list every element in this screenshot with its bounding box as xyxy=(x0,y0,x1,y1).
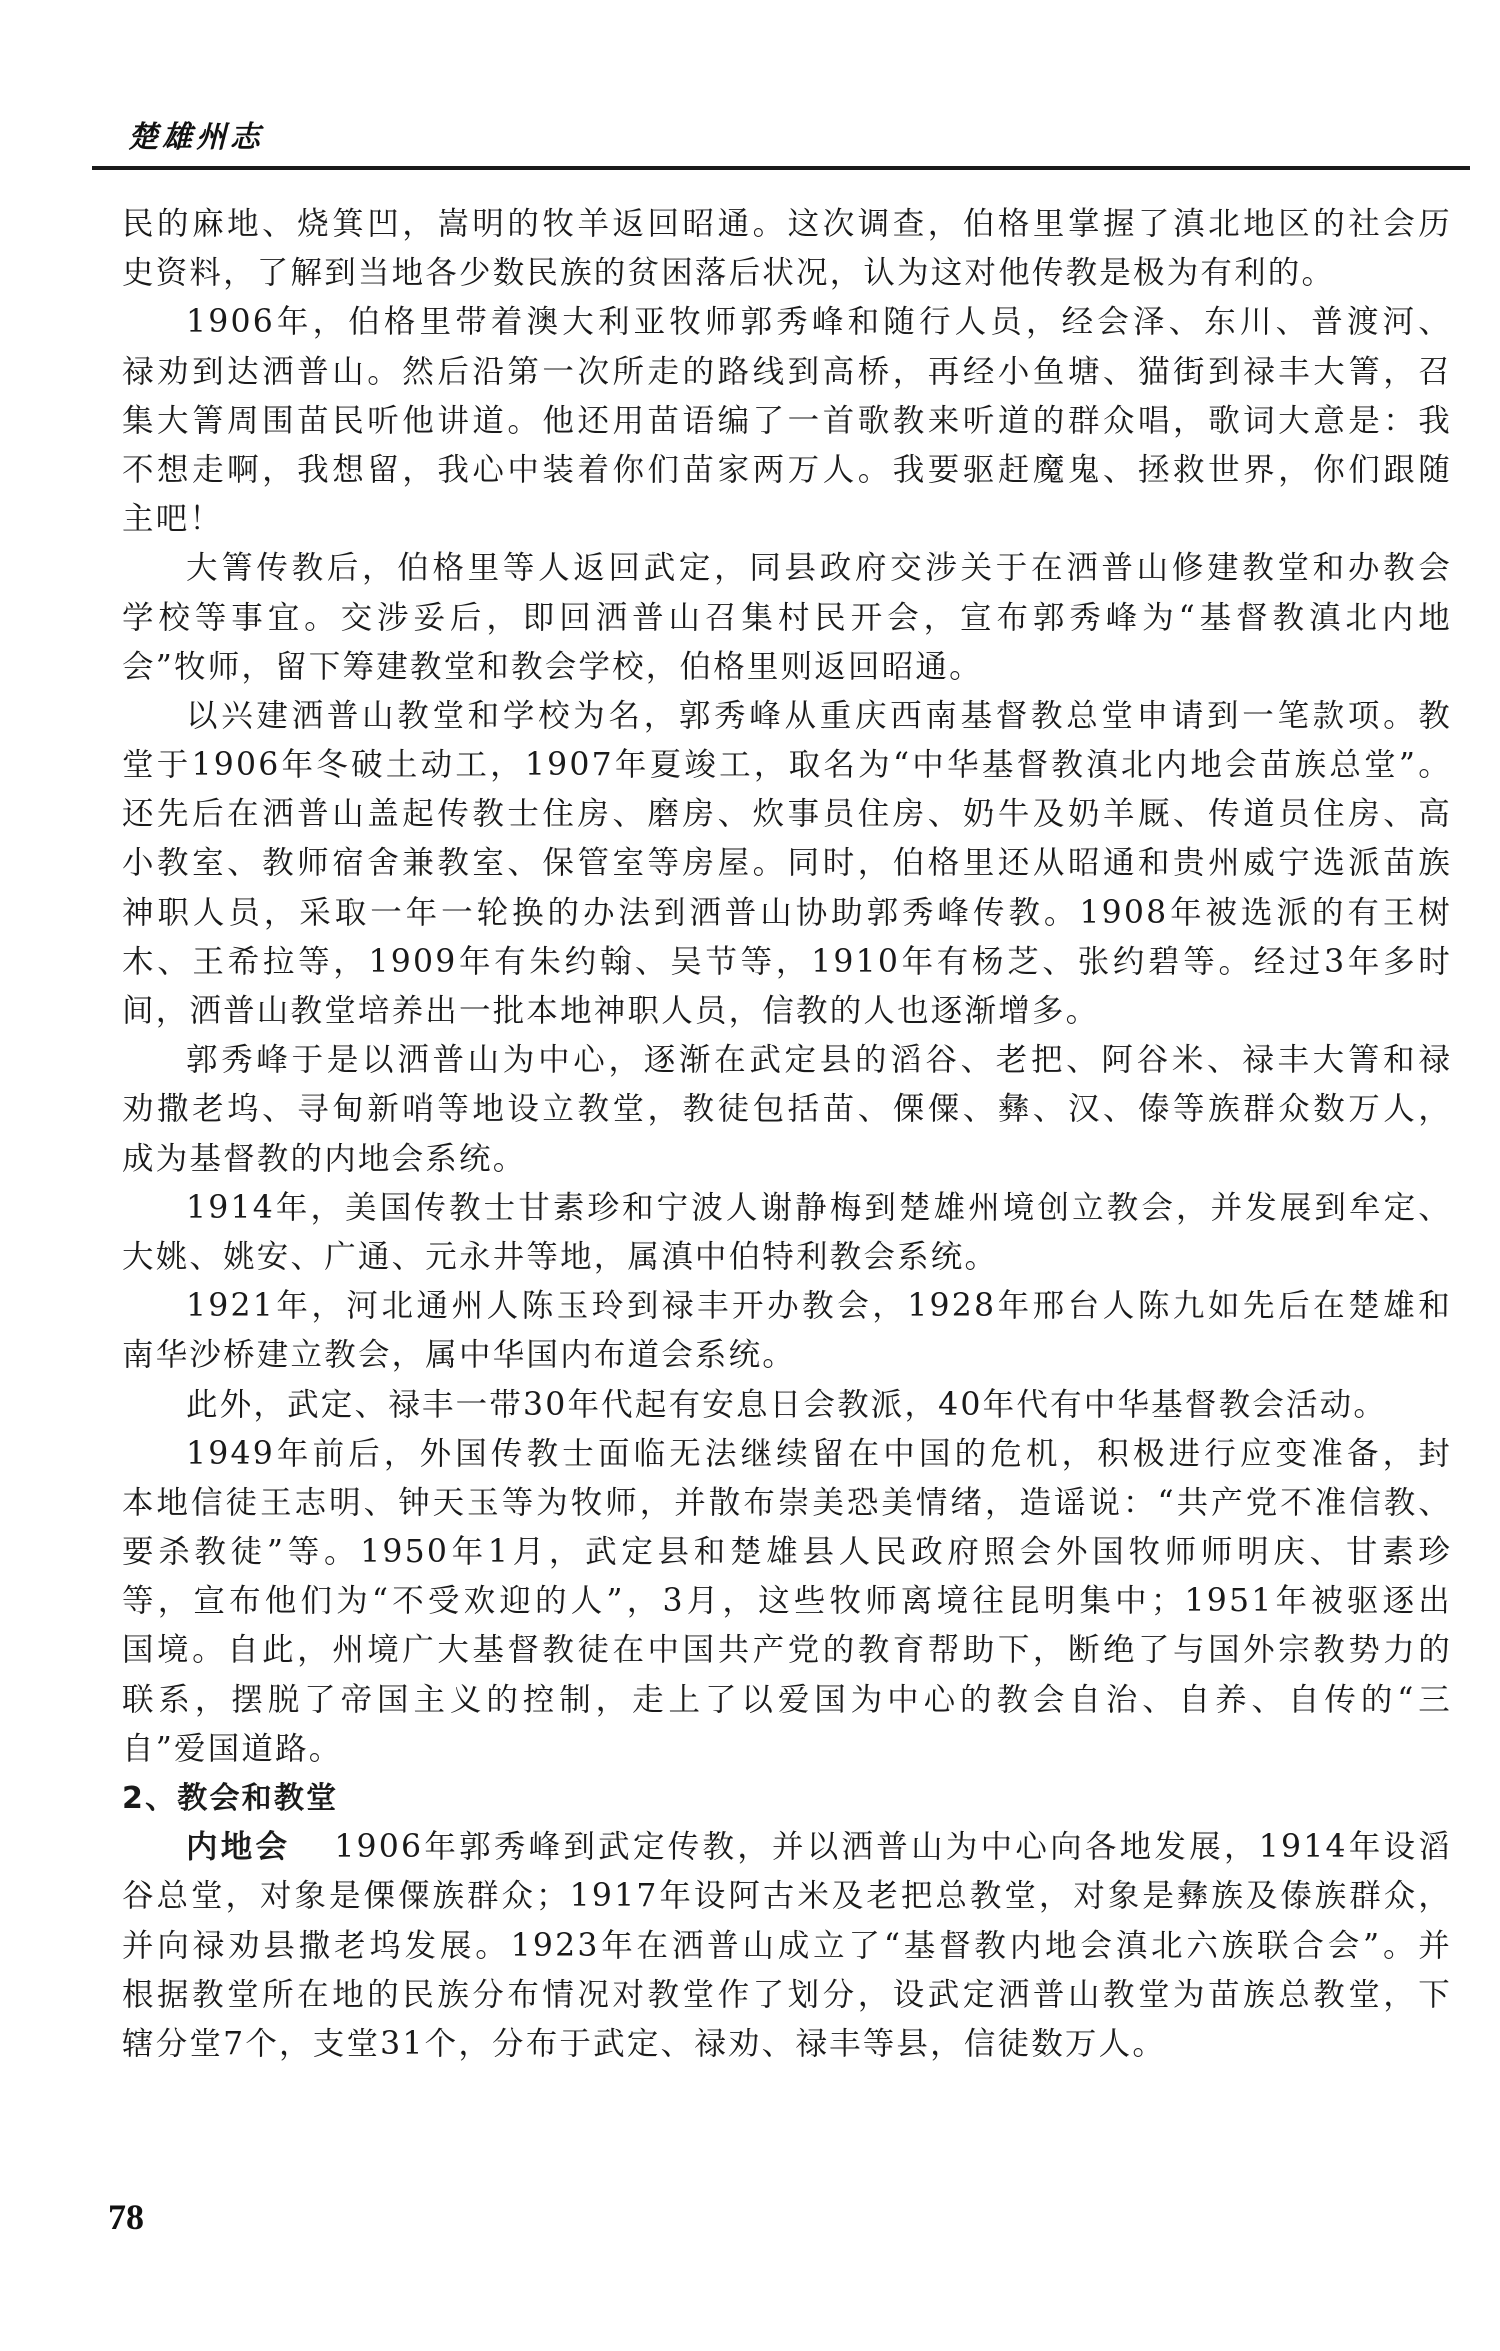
text-line: 联系，摆脱了帝国主义的控制，走上了以爱国为中心的教会自治、自养、自传的“三 xyxy=(122,1676,1452,1725)
text-line: 大姚、姚安、广通、元永井等地，属滇中伯特利教会系统。 xyxy=(122,1233,1452,1282)
page-body: 民的麻地、烧箕凹，嵩明的牧羊返回昭通。这次调查，伯格里掌握了滇北地区的社会历史资… xyxy=(122,200,1452,2069)
page-number: 78 xyxy=(108,2196,144,2238)
text-line: 1949年前后，外国传教士面临无法继续留在中国的危机，积极进行应变准备，封 xyxy=(122,1430,1452,1479)
text-line: 主吧！ xyxy=(122,495,1452,544)
text-line: 1906年，伯格里带着澳大利亚牧师郭秀峰和随行人员，经会泽、东川、普渡河、 xyxy=(122,298,1452,347)
text-line: 堂于1906年冬破土动工，1907年夏竣工，取名为“中华基督教滇北内地会苗族总堂… xyxy=(122,741,1452,790)
text-line: 禄劝到达洒普山。然后沿第一次所走的路线到高桥，再经小鱼塘、猫街到禄丰大箐，召 xyxy=(122,348,1452,397)
text-line: 国境。自此，州境广大基督教徒在中国共产党的教育帮助下，断绝了与国外宗教势力的 xyxy=(122,1626,1452,1675)
header-rule xyxy=(92,166,1470,170)
paragraph: 1914年，美国传教士甘素珍和宁波人谢静梅到楚雄州境创立教会，并发展到牟定、大姚… xyxy=(122,1184,1452,1282)
entry-text: 1906年郭秀峰到武定传教，并以洒普山为中心向各地发展，1914年设滔 xyxy=(334,1829,1452,1865)
paragraph: 此外，武定、禄丰一带30年代起有安息日会教派，40年代有中华基督教会活动。 xyxy=(122,1381,1452,1430)
paragraph: 1949年前后，外国传教士面临无法继续留在中国的危机，积极进行应变准备，封本地信… xyxy=(122,1430,1452,1774)
entry-neidihui: 内地会1906年郭秀峰到武定传教，并以洒普山为中心向各地发展，1914年设滔谷总… xyxy=(122,1823,1452,2069)
text-line: 并向禄劝县撒老坞发展。1923年在洒普山成立了“基督教内地会滇北六族联合会”。并 xyxy=(122,1922,1452,1971)
paragraph: 郭秀峰于是以洒普山为中心，逐渐在武定县的滔谷、老把、阿谷米、禄丰大箐和禄劝撒老坞… xyxy=(122,1036,1452,1184)
text-line: 劝撒老坞、寻甸新哨等地设立教堂，教徒包括苗、傈僳、彝、汉、傣等族群众数万人， xyxy=(122,1085,1452,1134)
paragraph: 以兴建洒普山教堂和学校为名，郭秀峰从重庆西南基督教总堂申请到一笔款项。教堂于19… xyxy=(122,692,1452,1036)
text-line: 内地会1906年郭秀峰到武定传教，并以洒普山为中心向各地发展，1914年设滔 xyxy=(122,1823,1452,1872)
text-line: 根据教堂所在地的民族分布情况对教堂作了划分，设武定洒普山教堂为苗族总教堂，下 xyxy=(122,1971,1452,2020)
text-line: 还先后在洒普山盖起传教士住房、磨房、炊事员住房、奶牛及奶羊厩、传道员住房、高 xyxy=(122,790,1452,839)
paragraph: 民的麻地、烧箕凹，嵩明的牧羊返回昭通。这次调查，伯格里掌握了滇北地区的社会历史资… xyxy=(122,200,1452,298)
text-line: 等，宣布他们为“不受欢迎的人”，3月，这些牧师离境往昆明集中；1951年被驱逐出 xyxy=(122,1577,1452,1626)
text-line: 1914年，美国传教士甘素珍和宁波人谢静梅到楚雄州境创立教会，并发展到牟定、 xyxy=(122,1184,1452,1233)
text-line: 小教室、教师宿舍兼教室、保管室等房屋。同时，伯格里还从昭通和贵州威宁选派苗族 xyxy=(122,839,1452,888)
text-line: 辖分堂7个，支堂31个，分布于武定、禄劝、禄丰等县，信徒数万人。 xyxy=(122,2020,1452,2069)
text-line: 以兴建洒普山教堂和学校为名，郭秀峰从重庆西南基督教总堂申请到一笔款项。教 xyxy=(122,692,1452,741)
text-line: 间，洒普山教堂培养出一批本地神职人员，信教的人也逐渐增多。 xyxy=(122,987,1452,1036)
text-line: 不想走啊，我想留，我心中装着你们苗家两万人。我要驱赶魔鬼、拯救世界，你们跟随 xyxy=(122,446,1452,495)
text-line: 郭秀峰于是以洒普山为中心，逐渐在武定县的滔谷、老把、阿谷米、禄丰大箐和禄 xyxy=(122,1036,1452,1085)
text-line: 谷总堂，对象是傈僳族群众；1917年设阿古米及老把总教堂，对象是彝族及傣族群众， xyxy=(122,1872,1452,1921)
entry-term: 内地会 xyxy=(186,1829,290,1865)
paragraph: 1906年，伯格里带着澳大利亚牧师郭秀峰和随行人员，经会泽、东川、普渡河、禄劝到… xyxy=(122,298,1452,544)
text-line: 集大箐周围苗民听他讲道。他还用苗语编了一首歌教来听道的群众唱，歌词大意是：我 xyxy=(122,397,1452,446)
text-line: 木、王希拉等，1909年有朱约翰、吴节等，1910年有杨芝、张约碧等。经过3年多… xyxy=(122,938,1452,987)
text-line: 南华沙桥建立教会，属中华国内布道会系统。 xyxy=(122,1331,1452,1380)
paragraph: 1921年，河北通州人陈玉玲到禄丰开办教会，1928年邢台人陈九如先后在楚雄和南… xyxy=(122,1282,1452,1380)
text-line: 民的麻地、烧箕凹，嵩明的牧羊返回昭通。这次调查，伯格里掌握了滇北地区的社会历 xyxy=(122,200,1452,249)
text-line: 成为基督教的内地会系统。 xyxy=(122,1135,1452,1184)
text-line: 会”牧师，留下筹建教堂和教会学校，伯格里则返回昭通。 xyxy=(122,643,1452,692)
text-line: 此外，武定、禄丰一带30年代起有安息日会教派，40年代有中华基督教会活动。 xyxy=(122,1381,1452,1430)
section-heading: 2、教会和教堂 xyxy=(122,1774,1452,1823)
text-line: 神职人员，采取一年一轮换的办法到洒普山协助郭秀峰传教。1908年被选派的有王树 xyxy=(122,889,1452,938)
text-line: 自”爱国道路。 xyxy=(122,1725,1452,1774)
paragraph: 大箐传教后，伯格里等人返回武定，同县政府交涉关于在洒普山修建教堂和办教会学校等事… xyxy=(122,544,1452,692)
text-line: 1921年，河北通州人陈玉玲到禄丰开办教会，1928年邢台人陈九如先后在楚雄和 xyxy=(122,1282,1452,1331)
paragraph-list: 民的麻地、烧箕凹，嵩明的牧羊返回昭通。这次调查，伯格里掌握了滇北地区的社会历史资… xyxy=(122,200,1452,1774)
text-line: 本地信徒王志明、钟天玉等为牧师，并散布崇美恐美情绪，造谣说：“共产党不准信教、 xyxy=(122,1479,1452,1528)
text-line: 史资料，了解到当地各少数民族的贫困落后状况，认为这对他传教是极为有利的。 xyxy=(122,249,1452,298)
text-line: 学校等事宜。交涉妥后，即回洒普山召集村民开会，宣布郭秀峰为“基督教滇北内地 xyxy=(122,594,1452,643)
running-head-title: 楚雄州志 xyxy=(128,112,264,156)
text-line: 要杀教徒”等。1950年1月，武定县和楚雄县人民政府照会外国牧师师明庆、甘素珍 xyxy=(122,1528,1452,1577)
text-line: 大箐传教后，伯格里等人返回武定，同县政府交涉关于在洒普山修建教堂和办教会 xyxy=(122,544,1452,593)
